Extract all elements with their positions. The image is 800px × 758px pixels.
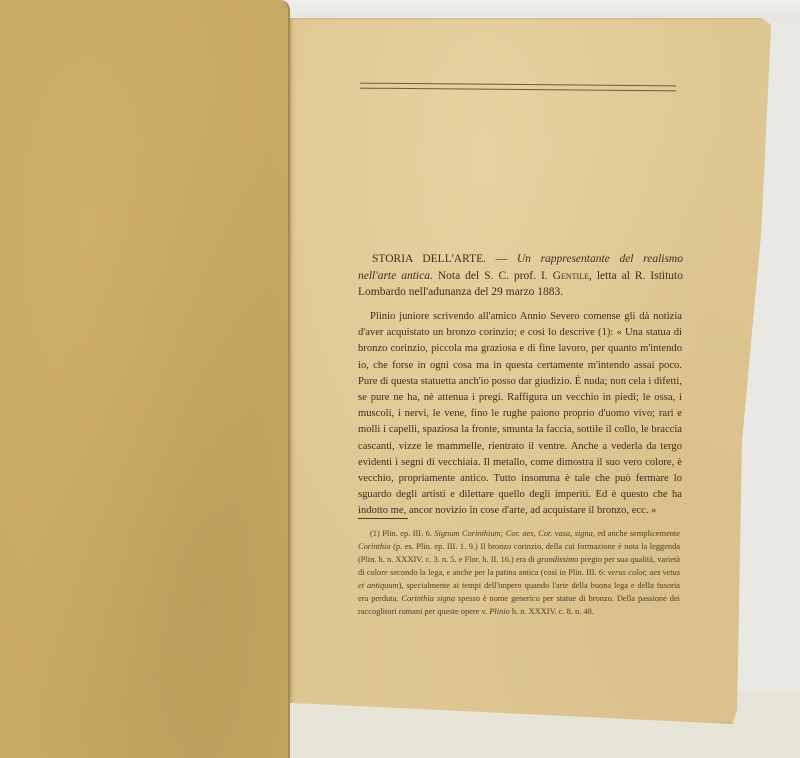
footnote: (1) Plin. ep. III. 6. Signum Corinthium;… xyxy=(358,527,680,618)
article-heading: STORIA DELL'ARTE. — Un rappresentante de… xyxy=(358,251,683,301)
booklet-cover xyxy=(0,0,290,758)
footnote-separator xyxy=(358,518,408,519)
section-title: STORIA DELL'ARTE. xyxy=(372,253,486,265)
author-name: Gentile xyxy=(553,270,589,282)
body-paragraph: Plinio juniore scrivendo all'amico Annio… xyxy=(358,309,682,520)
